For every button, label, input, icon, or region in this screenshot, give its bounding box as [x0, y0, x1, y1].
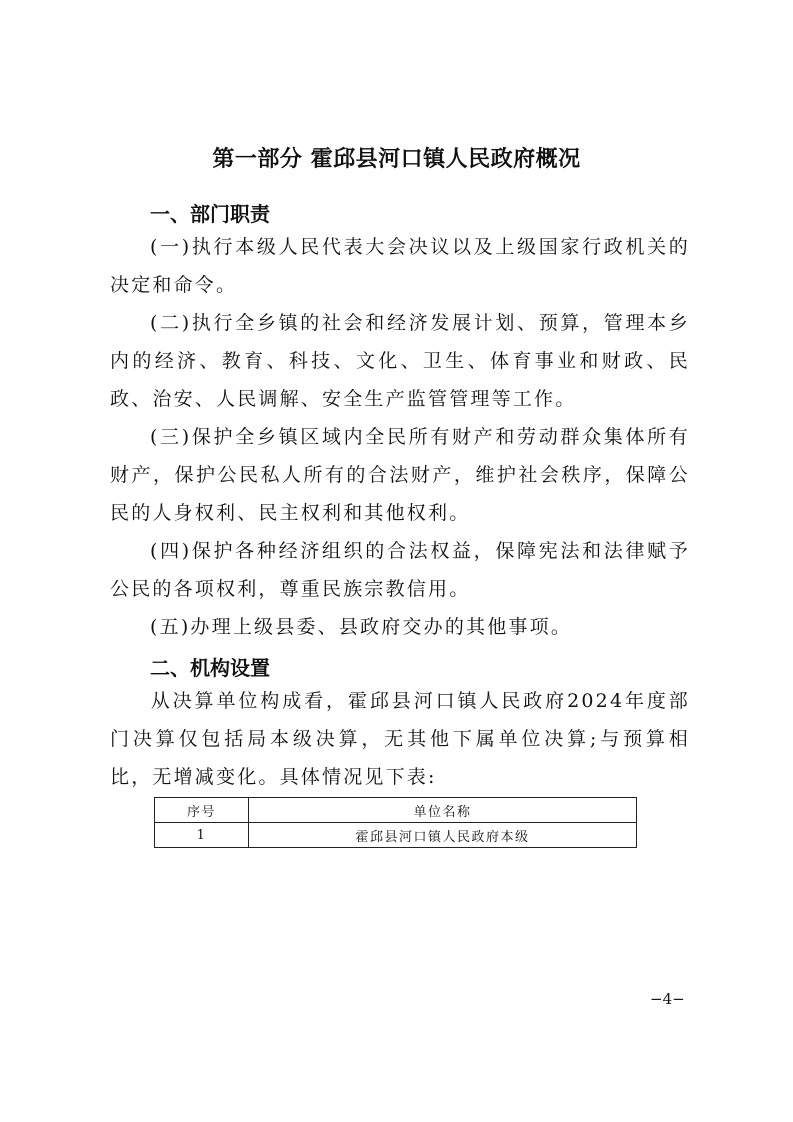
- table-header-row: 序号 单位名称: [155, 798, 637, 823]
- header-index: 序号: [155, 798, 249, 823]
- paragraph-duty-5: (五)办理上级县委、县政府交办的其他事项。: [110, 608, 690, 646]
- table-row: 1 霍邱县河口镇人民政府本级: [155, 823, 637, 848]
- document-page: 第一部分 霍邱县河口镇人民政府概况 一、部门职责 (一)执行本级人民代表大会决议…: [0, 0, 793, 1122]
- cell-unit-name: 霍邱县河口镇人民政府本级: [249, 823, 637, 848]
- section-heading-duties: 一、部门职责: [150, 198, 270, 227]
- page-title: 第一部分 霍邱县河口镇人民政府概况: [0, 142, 793, 173]
- header-unit-name: 单位名称: [249, 798, 637, 823]
- paragraph-duty-1: (一)执行本级人民代表大会决议以及上级国家行政机关的决定和命令。: [110, 228, 690, 304]
- unit-table: 序号 单位名称 1 霍邱县河口镇人民政府本级: [154, 797, 637, 848]
- page-number: −4−: [650, 990, 685, 1008]
- paragraph-duty-2: (二)执行全乡镇的社会和经济发展计划、预算，管理本乡内的经济、教育、科技、文化、…: [110, 304, 690, 418]
- paragraph-duty-4: (四)保护各种经济组织的合法权益，保障宪法和法律赋予公民的各项权利，尊重民族宗教…: [110, 532, 690, 608]
- cell-index: 1: [155, 823, 249, 848]
- section-heading-structure: 二、机构设置: [150, 652, 270, 681]
- paragraph-duty-3: (三)保护全乡镇区域内全民所有财产和劳动群众集体所有财产，保护公民私人所有的合法…: [110, 418, 690, 532]
- paragraph-structure: 从决算单位构成看，霍邱县河口镇人民政府2024年度部门决算仅包括局本级决算，无其…: [110, 682, 690, 796]
